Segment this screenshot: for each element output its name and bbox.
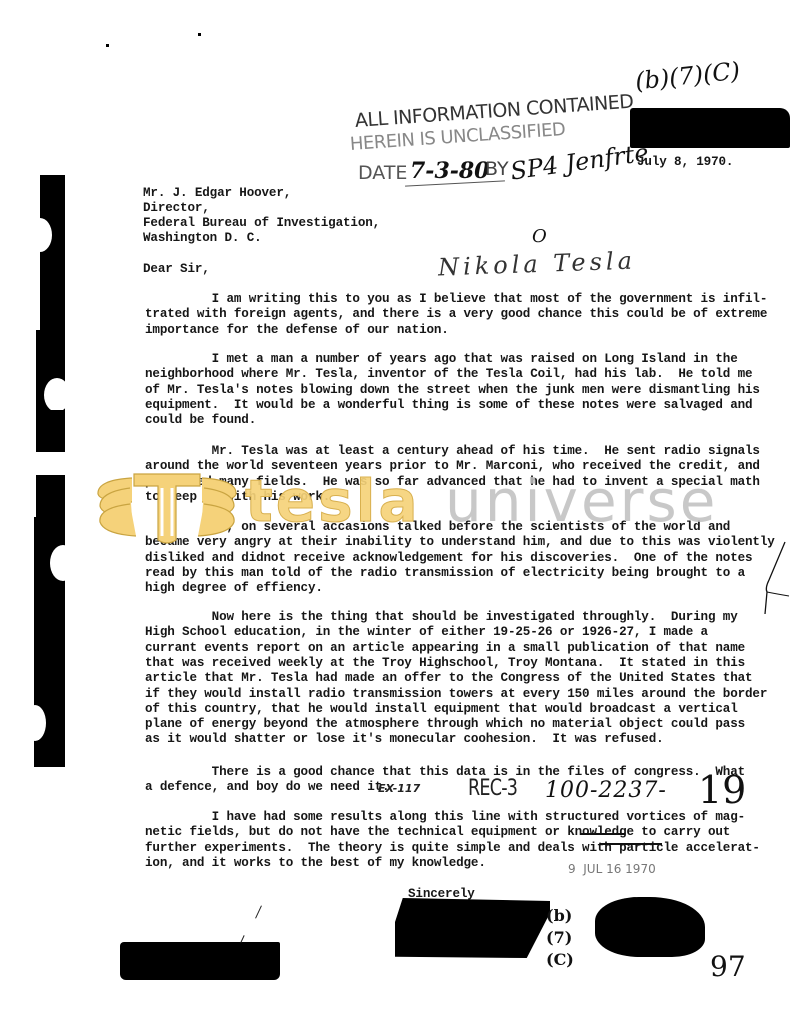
body-line: plane of energy beyond the atmosphere th… — [145, 717, 745, 732]
body-line: high degree of effiency. — [145, 581, 323, 596]
salutation: Dear Sir, — [143, 262, 210, 277]
body-line: further experiments. The theory is quite… — [145, 841, 760, 856]
body-line: could be found. — [145, 413, 256, 428]
body-line: that was received weekly at the Troy Hig… — [145, 656, 745, 671]
exemption-note-top: (b)(7)(C) — [634, 57, 742, 96]
recipient-line: Director, — [143, 201, 210, 216]
body-line: neighborhood where Mr. Tesla, inventor o… — [145, 367, 752, 382]
body-line: High School education, in the winter of … — [145, 625, 708, 640]
body-line: trated with foreign agents, and there is… — [145, 307, 767, 322]
punch-hole — [44, 378, 70, 412]
tesla-universe-logo-icon — [92, 470, 242, 550]
body-line: I met a man a number of years ago that w… — [145, 352, 738, 367]
redaction-block-bottom-left — [120, 942, 280, 980]
body-line: of this country, that he would install e… — [145, 702, 738, 717]
punch-hole — [28, 218, 52, 252]
serial-number-handwritten: 19 — [698, 768, 746, 812]
scan-speck — [198, 33, 201, 36]
redaction-block-signature — [395, 898, 550, 958]
exemption-note-bottom-c: (C) — [546, 950, 574, 969]
body-line: of Mr. Tesla's notes blowing down the st… — [145, 383, 760, 398]
body-line: article that Mr. Tesla had made an offer… — [145, 671, 752, 686]
body-line: I am writing this to you as I believe th… — [145, 292, 767, 307]
recipient-line: Washington D. C. — [143, 231, 262, 246]
body-line: currant events report on an article appe… — [145, 641, 745, 656]
knowledge-underline — [580, 833, 625, 835]
body-line: as it would shatter or lose it's monecul… — [145, 732, 664, 747]
body-line: ion, and it works to the best of my know… — [145, 856, 486, 871]
body-line: Now here is the thing that should be inv… — [145, 610, 738, 625]
body-line: if they would install radio transmission… — [145, 687, 767, 702]
pen-mark — [255, 905, 262, 918]
body-line: equipment. It would be a wonderful thing… — [145, 398, 752, 413]
classification-stamp-by-label: BY — [485, 158, 509, 180]
handwritten-annotation: Nikola Tesla — [438, 247, 637, 282]
file-number: 100-2237- — [545, 778, 667, 803]
redaction-block-bottom-right — [595, 897, 705, 957]
page-number-handwritten: 97 — [710, 950, 746, 983]
punch-hole — [50, 545, 76, 581]
margin-bracket-mark — [755, 540, 800, 620]
scan-edge-bar-mid — [36, 410, 65, 452]
classification-stamp-date-label: DATE — [358, 162, 407, 184]
scan-edge-bar-low — [36, 475, 65, 517]
body-line: I have had some results along this line … — [145, 810, 745, 825]
body-line: importance for the defense of our nation… — [145, 323, 449, 338]
letter-date: July 8, 1970. — [637, 155, 733, 170]
redaction-block-top — [630, 108, 790, 148]
scan-edge-bar-top — [40, 175, 65, 330]
watermark-word-universe: universe — [445, 472, 718, 530]
watermark-word-tesla: tesla — [245, 472, 421, 530]
particle-strikethrough — [600, 843, 662, 845]
scan-speck — [106, 44, 109, 47]
ex-number-stamp: EX-117 — [378, 782, 420, 795]
classification-stamp-date: 7-3-80 — [410, 158, 490, 184]
body-line: read by this man told of the radio trans… — [145, 566, 745, 581]
exemption-note-bottom-b: (b) — [546, 906, 572, 925]
rec-number-stamp: REC-3 — [468, 776, 517, 801]
body-line: disliked and didnot receive acknowledgem… — [145, 551, 752, 566]
recipient-line: Mr. J. Edgar Hoover, — [143, 186, 291, 201]
body-line: netic fields, but do not have the techni… — [145, 825, 730, 840]
punch-hole — [24, 705, 46, 741]
exemption-note-bottom-7: (7) — [546, 928, 572, 947]
handwritten-o: O — [532, 226, 547, 247]
recipient-line: Federal Bureau of Investigation, — [143, 216, 380, 231]
received-date-stamp: 9 JUL 16 1970 — [568, 862, 656, 876]
body-line: Mr. Tesla was at least a century ahead o… — [145, 444, 760, 459]
body-line: a defence, and boy do we need it. — [145, 780, 389, 795]
